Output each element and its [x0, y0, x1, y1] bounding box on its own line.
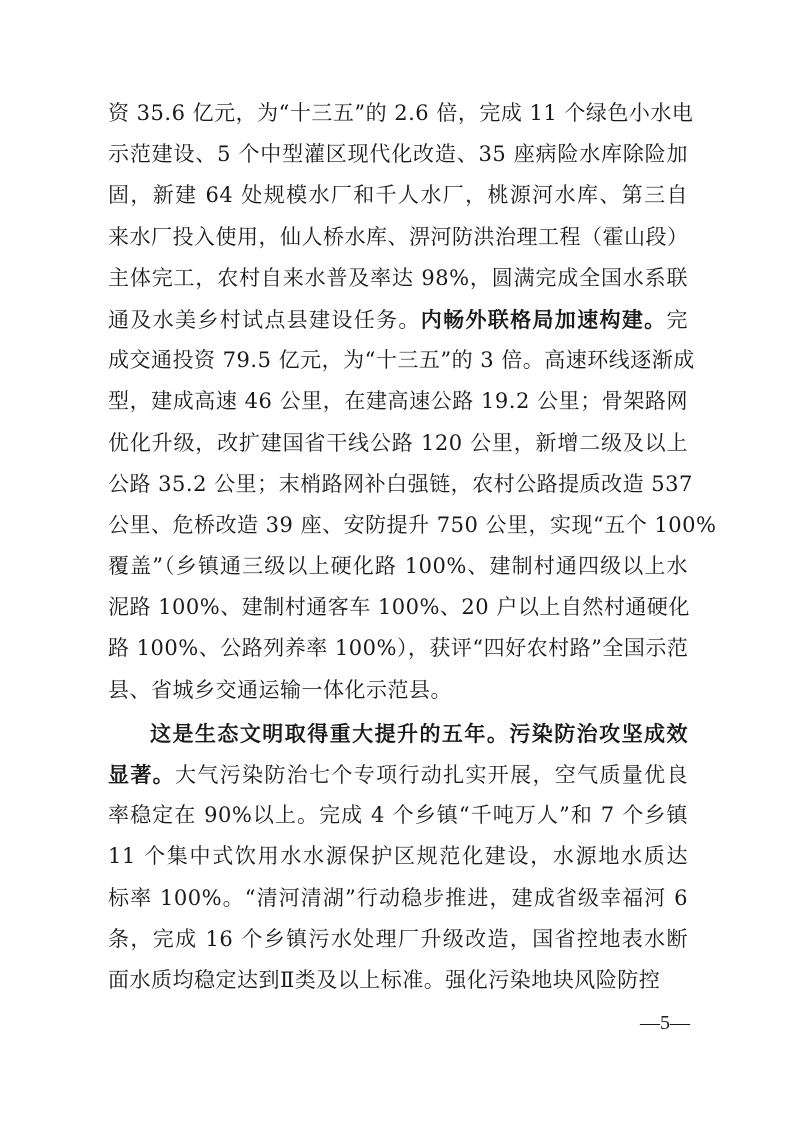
text-run: 标率 100%。“清河清湖”行动稳步推进，建成省级幸福河 6: [108, 886, 688, 910]
text-run: 率稳定在 90%以上。完成 4 个乡镇“千吨万人”和 7 个乡镇: [108, 803, 688, 827]
text-run: 县、省城乡交通运输一体化示范县。: [108, 678, 452, 702]
text-line: 通及水美乡村试点县建设任务。内畅外联格局加速构建。完: [108, 299, 688, 340]
text-run: 11 个集中式饮用水水源保护区规范化建设，水源地水质达: [108, 844, 688, 868]
text-run: 示范建设、5 个中型灌区现代化改造、35 座病险水库除险加: [108, 142, 688, 166]
text-run: 公里、危桥改造 39 座、安防提升 750 公里，实现“五个 100%: [108, 513, 716, 537]
text-line: 公路 35.2 公里；末梢路网补白强链，农村公路提质改造 537: [108, 464, 688, 505]
text-line: 来水厂投入使用，仙人桥水库、淠河防洪治理工程（霍山段）: [108, 217, 688, 258]
text-line: 率稳定在 90%以上。完成 4 个乡镇“千吨万人”和 7 个乡镇: [108, 795, 688, 836]
text-run: 泥路 100%、建制村通客车 100%、20 户以上自然村通硬化: [108, 595, 690, 619]
text-line: 条，完成 16 个乡镇污水处理厂升级改造，国省控地表水断: [108, 919, 688, 960]
text-line: 面水质均稳定达到Ⅱ类及以上标准。强化污染地块风险防控: [108, 960, 688, 1001]
emphasis-run: 内畅外联格局加速构建。: [421, 307, 667, 332]
text-line: 成交通投资 79.5 亿元，为“十三五”的 3 倍。高速环线逐渐成: [108, 340, 688, 381]
paragraph-infrastructure-continued: 资 35.6 亿元，为“十三五”的 2.6 倍，完成 11 个绿色小水电示范建设…: [108, 93, 688, 711]
text-line: 路 100%、公路列养率 100%），获评“四好农村路”全国示范: [108, 628, 688, 669]
document-body: 资 35.6 亿元，为“十三五”的 2.6 倍，完成 11 个绿色小水电示范建设…: [108, 93, 688, 1001]
emphasis-run: 显著。: [108, 762, 175, 787]
text-line: 11 个集中式饮用水水源保护区规范化建设，水源地水质达: [108, 836, 688, 877]
page-number: —5—: [640, 1012, 690, 1035]
text-line: 泥路 100%、建制村通客车 100%、20 户以上自然村通硬化: [108, 587, 688, 628]
text-run: 成交通投资 79.5 亿元，为“十三五”的 3 倍。高速环线逐渐成: [108, 348, 695, 372]
text-line: 县、省城乡交通运输一体化示范县。: [108, 670, 688, 711]
text-line: 标率 100%。“清河清湖”行动稳步推进，建成省级幸福河 6: [108, 878, 688, 919]
text-line: 公里、危桥改造 39 座、安防提升 750 公里，实现“五个 100%: [108, 505, 688, 546]
text-line: 显著。大气污染防治七个专项行动扎实开展，空气质量优良: [108, 754, 688, 795]
emphasis-run: 污染防治攻坚成效: [509, 721, 688, 746]
text-run: 覆盖”（乡镇通三级以上硬化路 100%、建制村通四级以上水: [108, 554, 688, 578]
text-line: 型，建成高速 46 公里，在建高速公路 19.2 公里；骨架路网: [108, 381, 688, 422]
paragraph-ecological-civilization: 这是生态文明取得重大提升的五年。污染防治攻坚成效显著。大气污染防治七个专项行动扎…: [108, 713, 688, 1001]
text-line: 主体完工，农村自来水普及率达 98%，圆满完成全国水系联: [108, 258, 688, 299]
text-run: 面水质均稳定达到Ⅱ类及以上标准。强化污染地块风险防控: [108, 968, 660, 992]
text-run: 来水厂投入使用，仙人桥水库、淠河防洪治理工程（霍山段）: [108, 225, 689, 249]
text-run: 优化升级，改扩建国省干线公路 120 公里，新增二级及以上: [108, 431, 688, 455]
text-run: 固，新建 64 处规模水厂和千人水厂，桃源河水库、第三自: [108, 183, 688, 207]
text-line: 这是生态文明取得重大提升的五年。污染防治攻坚成效: [108, 713, 688, 754]
text-run: 路 100%、公路列养率 100%），获评“四好农村路”全国示范: [108, 636, 688, 660]
text-line: 覆盖”（乡镇通三级以上硬化路 100%、建制村通四级以上水: [108, 546, 688, 587]
text-run: 完: [667, 308, 689, 332]
text-run: 型，建成高速 46 公里，在建高速公路 19.2 公里；骨架路网: [108, 389, 688, 413]
text-run: 大气污染防治七个专项行动扎实开展，空气质量优良: [175, 763, 688, 787]
text-run: 公路 35.2 公里；末梢路网补白强链，农村公路提质改造 537: [108, 472, 693, 496]
text-line: 优化升级，改扩建国省干线公路 120 公里，新增二级及以上: [108, 423, 688, 464]
text-line: 示范建设、5 个中型灌区现代化改造、35 座病险水库除险加: [108, 134, 688, 175]
text-line: 固，新建 64 处规模水厂和千人水厂，桃源河水库、第三自: [108, 175, 688, 216]
text-line: 资 35.6 亿元，为“十三五”的 2.6 倍，完成 11 个绿色小水电: [108, 93, 688, 134]
text-run: 资 35.6 亿元，为“十三五”的 2.6 倍，完成 11 个绿色小水电: [108, 101, 693, 125]
text-run: 主体完工，农村自来水普及率达 98%，圆满完成全国水系联: [108, 266, 688, 290]
text-run: 通及水美乡村试点县建设任务。: [108, 308, 421, 332]
document-page: 资 35.6 亿元，为“十三五”的 2.6 倍，完成 11 个绿色小水电示范建设…: [0, 0, 793, 1122]
text-run: 条，完成 16 个乡镇污水处理厂升级改造，国省控地表水断: [108, 927, 688, 951]
emphasis-run: 这是生态文明取得重大提升的五年。: [150, 722, 509, 746]
